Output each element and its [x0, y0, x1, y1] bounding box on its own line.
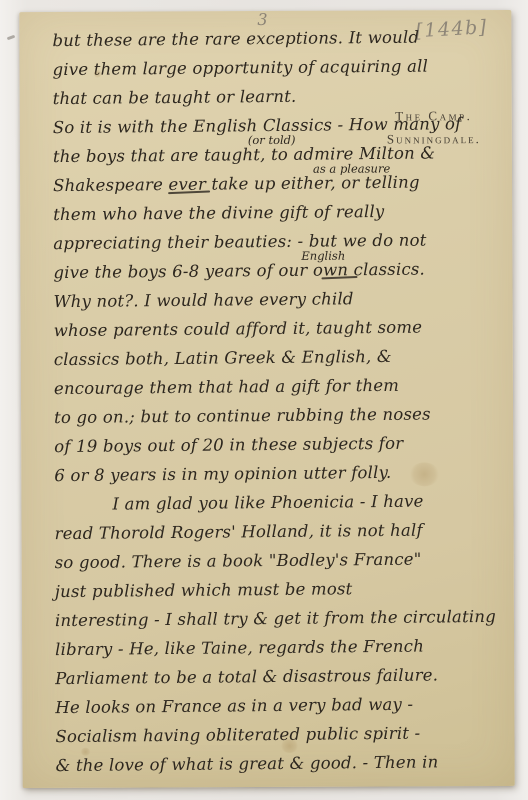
handwriting-line: just published which must be most — [55, 578, 507, 611]
page-number: 3 — [257, 10, 267, 29]
handwriting-line: interesting - I shall try & get it from … — [55, 607, 507, 640]
handwriting-line: the boys that are taught, to admire Milt… — [53, 143, 505, 176]
paper-stain — [81, 748, 91, 756]
interlinear-insertion: as a pleasure — [313, 161, 390, 175]
handwriting-line: that can be taught or learnt. — [53, 85, 505, 118]
handwriting-line: of 19 boys out of 20 in these subjects f… — [54, 433, 506, 466]
paper-stain — [409, 462, 439, 486]
handwriting-line: so good. There is a book "Bodley's Franc… — [55, 549, 507, 582]
handwriting-line: 6 or 8 years is in my opinion utter foll… — [54, 462, 506, 495]
handwriting-line: them who have the divine gift of really — [53, 201, 505, 234]
handwriting-line: & the love of what is great & good. - Th… — [55, 752, 507, 785]
handwriting-line: whose parents could afford it, taught so… — [54, 317, 506, 350]
handwriting-line: I am glad you like Phoenicia - I have — [54, 491, 506, 524]
handwriting-line: Why not?. I would have every child — [53, 288, 505, 321]
handwriting-line: but these are the rare exceptions. It wo… — [52, 27, 504, 60]
paper-stain — [280, 739, 298, 753]
handwriting-line: classics both, Latin Greek & English, & — [54, 346, 506, 379]
interlinear-insertion: (or told) — [248, 133, 296, 147]
handwriting-line: to go on.; but to continue rubbing the n… — [54, 404, 506, 437]
handwriting-line: give them large opportunity of acquiring… — [52, 56, 504, 89]
handwriting-line: Shakespeare ever take up either, or tell… — [53, 172, 505, 205]
handwriting-line: library - He, like Taine, regards the Fr… — [55, 636, 507, 669]
letter-page: 3 [144b] The Camp. Sunningdale. but thes… — [19, 10, 514, 788]
handwriting-line: Socialism having obliterated public spir… — [55, 723, 507, 756]
interlinear-insertion: English — [301, 249, 345, 263]
handwriting-line: give the boys 6-8 years of our own class… — [53, 259, 505, 292]
handwriting-line: encourage them that had a gift for them — [54, 375, 506, 408]
handwriting-line: Parliament to be a total & disastrous fa… — [55, 665, 507, 698]
paper-stain — [94, 70, 102, 78]
photo-corner-mark — [7, 35, 16, 41]
handwriting-line: appreciating their beauties: - but we do… — [53, 230, 505, 263]
photo-background: 3 [144b] The Camp. Sunningdale. but thes… — [0, 0, 528, 800]
handwriting-line: He looks on France as in a very bad way … — [55, 694, 507, 727]
handwriting-line: read Thorold Rogers' Holland, it is not … — [54, 520, 506, 553]
